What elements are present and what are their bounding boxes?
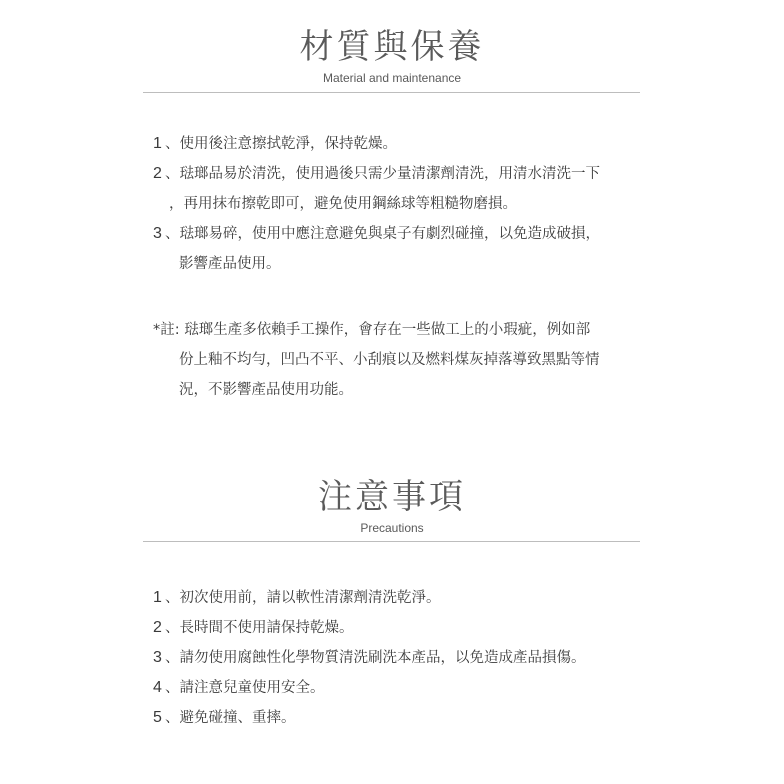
- list-item: 4、請注意兒童使用安全。: [153, 673, 653, 703]
- precautions-list: 1、初次使用前，請以軟性清潔劑清洗乾淨。 2、長時間不使用請保持乾燥。 3、請勿…: [153, 583, 653, 733]
- item-number: 5: [153, 703, 165, 733]
- list-item: 5、避免碰撞、重摔。: [153, 703, 653, 733]
- item-text: 、請注意兒童使用安全。: [165, 680, 325, 696]
- precautions-subtitle: Precautions: [0, 521, 784, 535]
- item-number: 2: [153, 613, 165, 643]
- item-text: 、避免碰撞、重摔。: [165, 710, 296, 726]
- list-item: 3、請勿使用腐蝕性化學物質清洗刷洗本產品，以免造成產品損傷。: [153, 643, 653, 673]
- precautions-divider: [143, 541, 640, 542]
- item-text: 、初次使用前，請以軟性清潔劑清洗乾淨。: [165, 590, 441, 606]
- list-item: 1、初次使用前，請以軟性清潔劑清洗乾淨。: [153, 583, 653, 613]
- item-number: 1: [153, 583, 165, 613]
- list-item: 2、長時間不使用請保持乾燥。: [153, 613, 653, 643]
- item-number: 4: [153, 673, 165, 703]
- precautions-section: 注意事項 Precautions 1、初次使用前，請以軟性清潔劑清洗乾淨。 2、…: [0, 0, 784, 784]
- item-text: 、長時間不使用請保持乾燥。: [165, 620, 354, 636]
- item-text: 、請勿使用腐蝕性化學物質清洗刷洗本產品，以免造成產品損傷。: [165, 650, 586, 666]
- precautions-title: 注意事項: [0, 477, 784, 517]
- item-number: 3: [153, 643, 165, 673]
